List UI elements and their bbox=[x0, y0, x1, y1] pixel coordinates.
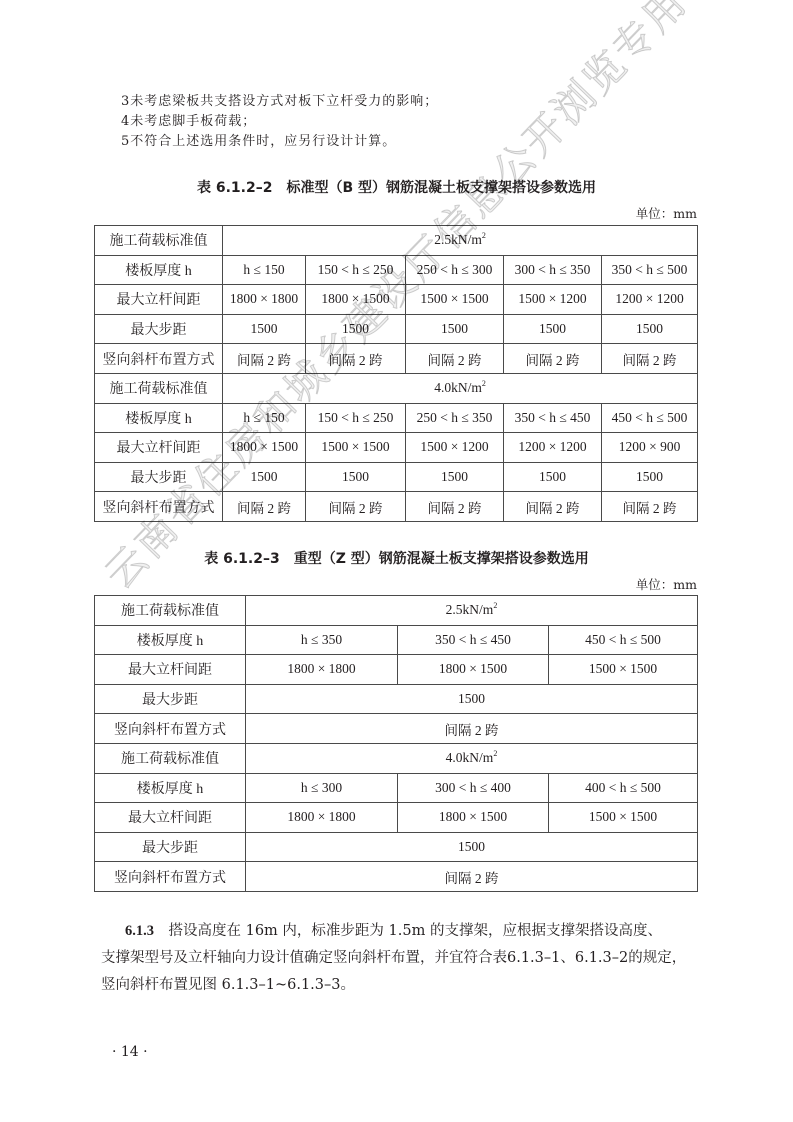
cell: 450 < h ≤ 500 bbox=[602, 403, 698, 433]
page-number: · 14 · bbox=[112, 1044, 148, 1060]
cell: 150 < h ≤ 250 bbox=[306, 403, 406, 433]
note-5: 5不符合上述选用条件时，应另行设计计算。 bbox=[121, 132, 396, 152]
table-row: 竖向斜杆布置方式 间隔 2 跨 bbox=[95, 862, 698, 892]
table-row: 施工荷载标准值 4.0kN/m2 bbox=[95, 743, 698, 773]
load-label: 施工荷载标准值 bbox=[95, 596, 246, 626]
table-row: 最大立杆间距 1800 × 1800 1800 × 1500 1500 × 15… bbox=[95, 655, 698, 685]
cell: 1200 × 900 bbox=[602, 433, 698, 463]
brace-label: 竖向斜杆布置方式 bbox=[95, 862, 246, 892]
table-row: 最大步距 1500 1500 1500 1500 1500 bbox=[95, 462, 698, 492]
table-row: 最大立杆间距 1800 × 1800 1800 × 1500 1500 × 15… bbox=[95, 803, 698, 833]
cell: 间隔 2 跨 bbox=[406, 492, 504, 522]
cell: 1500 × 1200 bbox=[504, 285, 602, 315]
cell: 1200 × 1200 bbox=[504, 433, 602, 463]
table-row: 楼板厚度 h h ≤ 300 300 < h ≤ 400 400 < h ≤ 5… bbox=[95, 773, 698, 803]
note-3: 3未考虑梁板共支搭设方式对板下立杆受力的影响； bbox=[121, 92, 438, 112]
table-b: 施工荷载标准值 2.5kN/m2 楼板厚度 h h ≤ 150 150 < h … bbox=[94, 225, 698, 522]
cell: 1200 × 1200 bbox=[602, 285, 698, 315]
cell: 1500 × 1500 bbox=[549, 803, 698, 833]
cell: h ≤ 300 bbox=[246, 773, 398, 803]
brace-label: 竖向斜杆布置方式 bbox=[95, 344, 223, 374]
cell: 间隔 2 跨 bbox=[223, 492, 306, 522]
table-row: 竖向斜杆布置方式 间隔 2 跨 间隔 2 跨 间隔 2 跨 间隔 2 跨 间隔 … bbox=[95, 344, 698, 374]
spacing-label: 最大立杆间距 bbox=[95, 655, 246, 685]
step-label: 最大步距 bbox=[95, 314, 223, 344]
cell: 150 < h ≤ 250 bbox=[306, 255, 406, 285]
spacing-label: 最大立杆间距 bbox=[95, 433, 223, 463]
cell: 1500 × 1500 bbox=[306, 433, 406, 463]
cell: 间隔 2 跨 bbox=[504, 344, 602, 374]
cell: 1500 × 1200 bbox=[406, 433, 504, 463]
cell: 1500 bbox=[504, 314, 602, 344]
cell: h ≤ 150 bbox=[223, 255, 306, 285]
cell: 间隔 2 跨 bbox=[602, 344, 698, 374]
cell: 450 < h ≤ 500 bbox=[549, 625, 698, 655]
cell: 1800 × 1800 bbox=[223, 285, 306, 315]
load-value: 2.5kN/m2 bbox=[246, 596, 698, 626]
table-row: 楼板厚度 h h ≤ 150 150 < h ≤ 250 250 < h ≤ 3… bbox=[95, 403, 698, 433]
cell: 1500 bbox=[602, 462, 698, 492]
cell: 400 < h ≤ 500 bbox=[549, 773, 698, 803]
step-label: 最大步距 bbox=[95, 684, 246, 714]
cell: 250 < h ≤ 350 bbox=[406, 403, 504, 433]
load-value: 2.5kN/m2 bbox=[223, 226, 698, 256]
table-row: 楼板厚度 h h ≤ 350 350 < h ≤ 450 450 < h ≤ 5… bbox=[95, 625, 698, 655]
cell: 间隔 2 跨 bbox=[504, 492, 602, 522]
step-label: 最大步距 bbox=[95, 832, 246, 862]
cell: h ≤ 350 bbox=[246, 625, 398, 655]
thickness-label: 楼板厚度 h bbox=[95, 773, 246, 803]
clause-line-3: 竖向斜杆布置见图 6.1.3–1~6.1.3–3。 bbox=[101, 972, 701, 999]
cell: 1500 × 1500 bbox=[406, 285, 504, 315]
table-row: 最大步距 1500 bbox=[95, 832, 698, 862]
load-label: 施工荷载标准值 bbox=[95, 373, 223, 403]
spacing-label: 最大立杆间距 bbox=[95, 285, 223, 315]
brace-label: 竖向斜杆布置方式 bbox=[95, 714, 246, 744]
table-row: 施工荷载标准值 4.0kN/m2 bbox=[95, 373, 698, 403]
cell: 1800 × 1500 bbox=[223, 433, 306, 463]
table-z: 施工荷载标准值 2.5kN/m2 楼板厚度 h h ≤ 350 350 < h … bbox=[94, 595, 698, 892]
table-z-unit: 单位：mm bbox=[636, 575, 697, 593]
cell: 1500 bbox=[223, 462, 306, 492]
load-value: 4.0kN/m2 bbox=[223, 373, 698, 403]
cell: 350 < h ≤ 450 bbox=[398, 625, 549, 655]
load-value: 4.0kN/m2 bbox=[246, 743, 698, 773]
clause-number: 6.1.3 bbox=[125, 923, 154, 939]
cell: 1500 bbox=[406, 314, 504, 344]
cell: 300 < h ≤ 400 bbox=[398, 773, 549, 803]
cell: 1500 bbox=[246, 832, 698, 862]
cell: 1500 bbox=[504, 462, 602, 492]
cell: 间隔 2 跨 bbox=[406, 344, 504, 374]
cell: 1500 bbox=[306, 462, 406, 492]
cell: 1800 × 1500 bbox=[398, 803, 549, 833]
cell: 250 < h ≤ 300 bbox=[406, 255, 504, 285]
table-b-unit: 单位：mm bbox=[636, 204, 697, 222]
cell: h ≤ 150 bbox=[223, 403, 306, 433]
clause-line-1: 搭设高度在 16m 内，标准步距为 1.5m 的支撑架，应根据支撑架搭设高度、 bbox=[169, 923, 662, 939]
thickness-label: 楼板厚度 h bbox=[95, 625, 246, 655]
table-row: 竖向斜杆布置方式 间隔 2 跨 间隔 2 跨 间隔 2 跨 间隔 2 跨 间隔 … bbox=[95, 492, 698, 522]
cell: 350 < h ≤ 500 bbox=[602, 255, 698, 285]
table-row: 楼板厚度 h h ≤ 150 150 < h ≤ 250 250 < h ≤ 3… bbox=[95, 255, 698, 285]
table-row: 最大立杆间距 1800 × 1800 1800 × 1500 1500 × 15… bbox=[95, 285, 698, 315]
spacing-label: 最大立杆间距 bbox=[95, 803, 246, 833]
cell: 间隔 2 跨 bbox=[246, 714, 698, 744]
table-z-caption: 表 6.1.2–3 重型（Z 型）钢筋混凝土板支撑架搭设参数选用 bbox=[0, 548, 793, 568]
clause-6-1-3: 6.1.3 搭设高度在 16m 内，标准步距为 1.5m 的支撑架，应根据支撑架… bbox=[101, 918, 701, 999]
cell: 间隔 2 跨 bbox=[223, 344, 306, 374]
cell: 1500 bbox=[406, 462, 504, 492]
thickness-label: 楼板厚度 h bbox=[95, 255, 223, 285]
cell: 1800 × 1500 bbox=[398, 655, 549, 685]
cell: 1800 × 1800 bbox=[246, 803, 398, 833]
table-b-caption: 表 6.1.2–2 标准型（B 型）钢筋混凝土板支撑架搭设参数选用 bbox=[0, 177, 793, 197]
table-row: 最大步距 1500 bbox=[95, 684, 698, 714]
brace-label: 竖向斜杆布置方式 bbox=[95, 492, 223, 522]
note-4: 4未考虑脚手板荷载； bbox=[121, 112, 256, 132]
thickness-label: 楼板厚度 h bbox=[95, 403, 223, 433]
table-row: 竖向斜杆布置方式 间隔 2 跨 bbox=[95, 714, 698, 744]
step-label: 最大步距 bbox=[95, 462, 223, 492]
table-row: 最大步距 1500 1500 1500 1500 1500 bbox=[95, 314, 698, 344]
table-row: 最大立杆间距 1800 × 1500 1500 × 1500 1500 × 12… bbox=[95, 433, 698, 463]
load-label: 施工荷载标准值 bbox=[95, 743, 246, 773]
cell: 1500 × 1500 bbox=[549, 655, 698, 685]
clause-line-2: 支撑架型号及立杆轴向力设计值确定竖向斜杆布置，并宜符合表6.1.3–1、6.1.… bbox=[101, 945, 701, 972]
cell: 间隔 2 跨 bbox=[306, 492, 406, 522]
cell: 1800 × 1800 bbox=[246, 655, 398, 685]
table-row: 施工荷载标准值 2.5kN/m2 bbox=[95, 226, 698, 256]
cell: 300 < h ≤ 350 bbox=[504, 255, 602, 285]
cell: 间隔 2 跨 bbox=[246, 862, 698, 892]
cell: 1800 × 1500 bbox=[306, 285, 406, 315]
load-label: 施工荷载标准值 bbox=[95, 226, 223, 256]
cell: 间隔 2 跨 bbox=[306, 344, 406, 374]
cell: 1500 bbox=[223, 314, 306, 344]
cell: 1500 bbox=[246, 684, 698, 714]
cell: 1500 bbox=[602, 314, 698, 344]
table-row: 施工荷载标准值 2.5kN/m2 bbox=[95, 596, 698, 626]
cell: 1500 bbox=[306, 314, 406, 344]
cell: 间隔 2 跨 bbox=[602, 492, 698, 522]
cell: 350 < h ≤ 450 bbox=[504, 403, 602, 433]
